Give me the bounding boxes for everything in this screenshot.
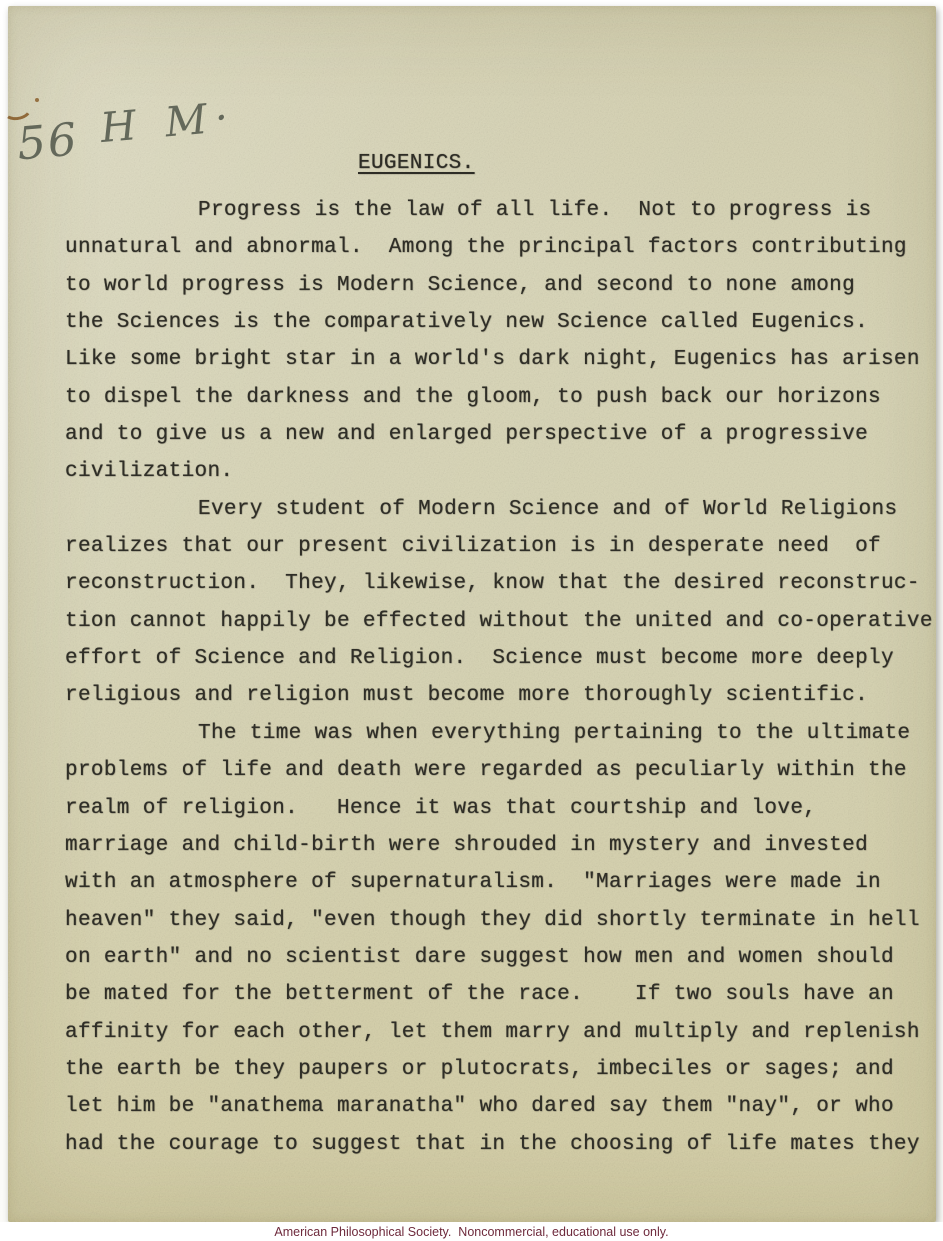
text-line: the earth be they paupers or plutocrats,… <box>65 1051 931 1088</box>
text-line: The time was when everything pertaining … <box>65 715 931 752</box>
attribution-caption: American Philosophical Society. Noncomme… <box>274 1225 668 1239</box>
handwritten-initials: H M· <box>98 92 237 152</box>
text-line: civilization. <box>65 453 931 490</box>
text-line: Like some bright star in a world's dark … <box>65 341 931 378</box>
text-line: Progress is the law of all life. Not to … <box>65 192 931 229</box>
text-line: realm of religion. Hence it was that cou… <box>65 790 931 827</box>
text-line: to dispel the darkness and the gloom, to… <box>65 379 931 416</box>
document-title: EUGENICS. <box>358 152 475 175</box>
document-paper: 56 H M· EUGENICS. Progress is the law of… <box>8 6 936 1222</box>
text-line: problems of life and death were regarded… <box>65 752 931 789</box>
text-line: heaven" they said, "even though they did… <box>65 902 931 939</box>
text-line: realizes that our present civilization i… <box>65 528 931 565</box>
handwritten-page-number: 56 <box>15 112 81 170</box>
text-line: had the courage to suggest that in the c… <box>65 1126 931 1163</box>
attribution-bar: American Philosophical Society. Noncomme… <box>0 1222 943 1241</box>
text-line: tion cannot happily be effected without … <box>65 603 931 640</box>
text-line: be mated for the betterment of the race.… <box>65 976 931 1013</box>
text-line: let him be "anathema maranatha" who dare… <box>65 1088 931 1125</box>
text-line: unnatural and abnormal. Among the princi… <box>65 229 931 266</box>
handwritten-annotation: 56 H M· <box>14 89 238 161</box>
text-line: marriage and child-birth were shrouded i… <box>65 827 931 864</box>
text-line: reconstruction. They, likewise, know tha… <box>65 565 931 602</box>
text-line: and to give us a new and enlarged perspe… <box>65 416 931 453</box>
scan-frame: 56 H M· EUGENICS. Progress is the law of… <box>0 0 943 1241</box>
text-line: affinity for each other, let them marry … <box>65 1014 931 1051</box>
text-line: the Sciences is the comparatively new Sc… <box>65 304 931 341</box>
text-line: with an atmosphere of supernaturalism. "… <box>65 864 931 901</box>
text-line: effort of Science and Religion. Science … <box>65 640 931 677</box>
text-line: to world progress is Modern Science, and… <box>65 267 931 304</box>
stain-dot <box>35 98 39 102</box>
typed-text: Progress is the law of all life. Not to … <box>65 192 931 1163</box>
text-line: Every student of Modern Science and of W… <box>65 491 931 528</box>
text-line: on earth" and no scientist dare suggest … <box>65 939 931 976</box>
text-line: religious and religion must become more … <box>65 677 931 714</box>
